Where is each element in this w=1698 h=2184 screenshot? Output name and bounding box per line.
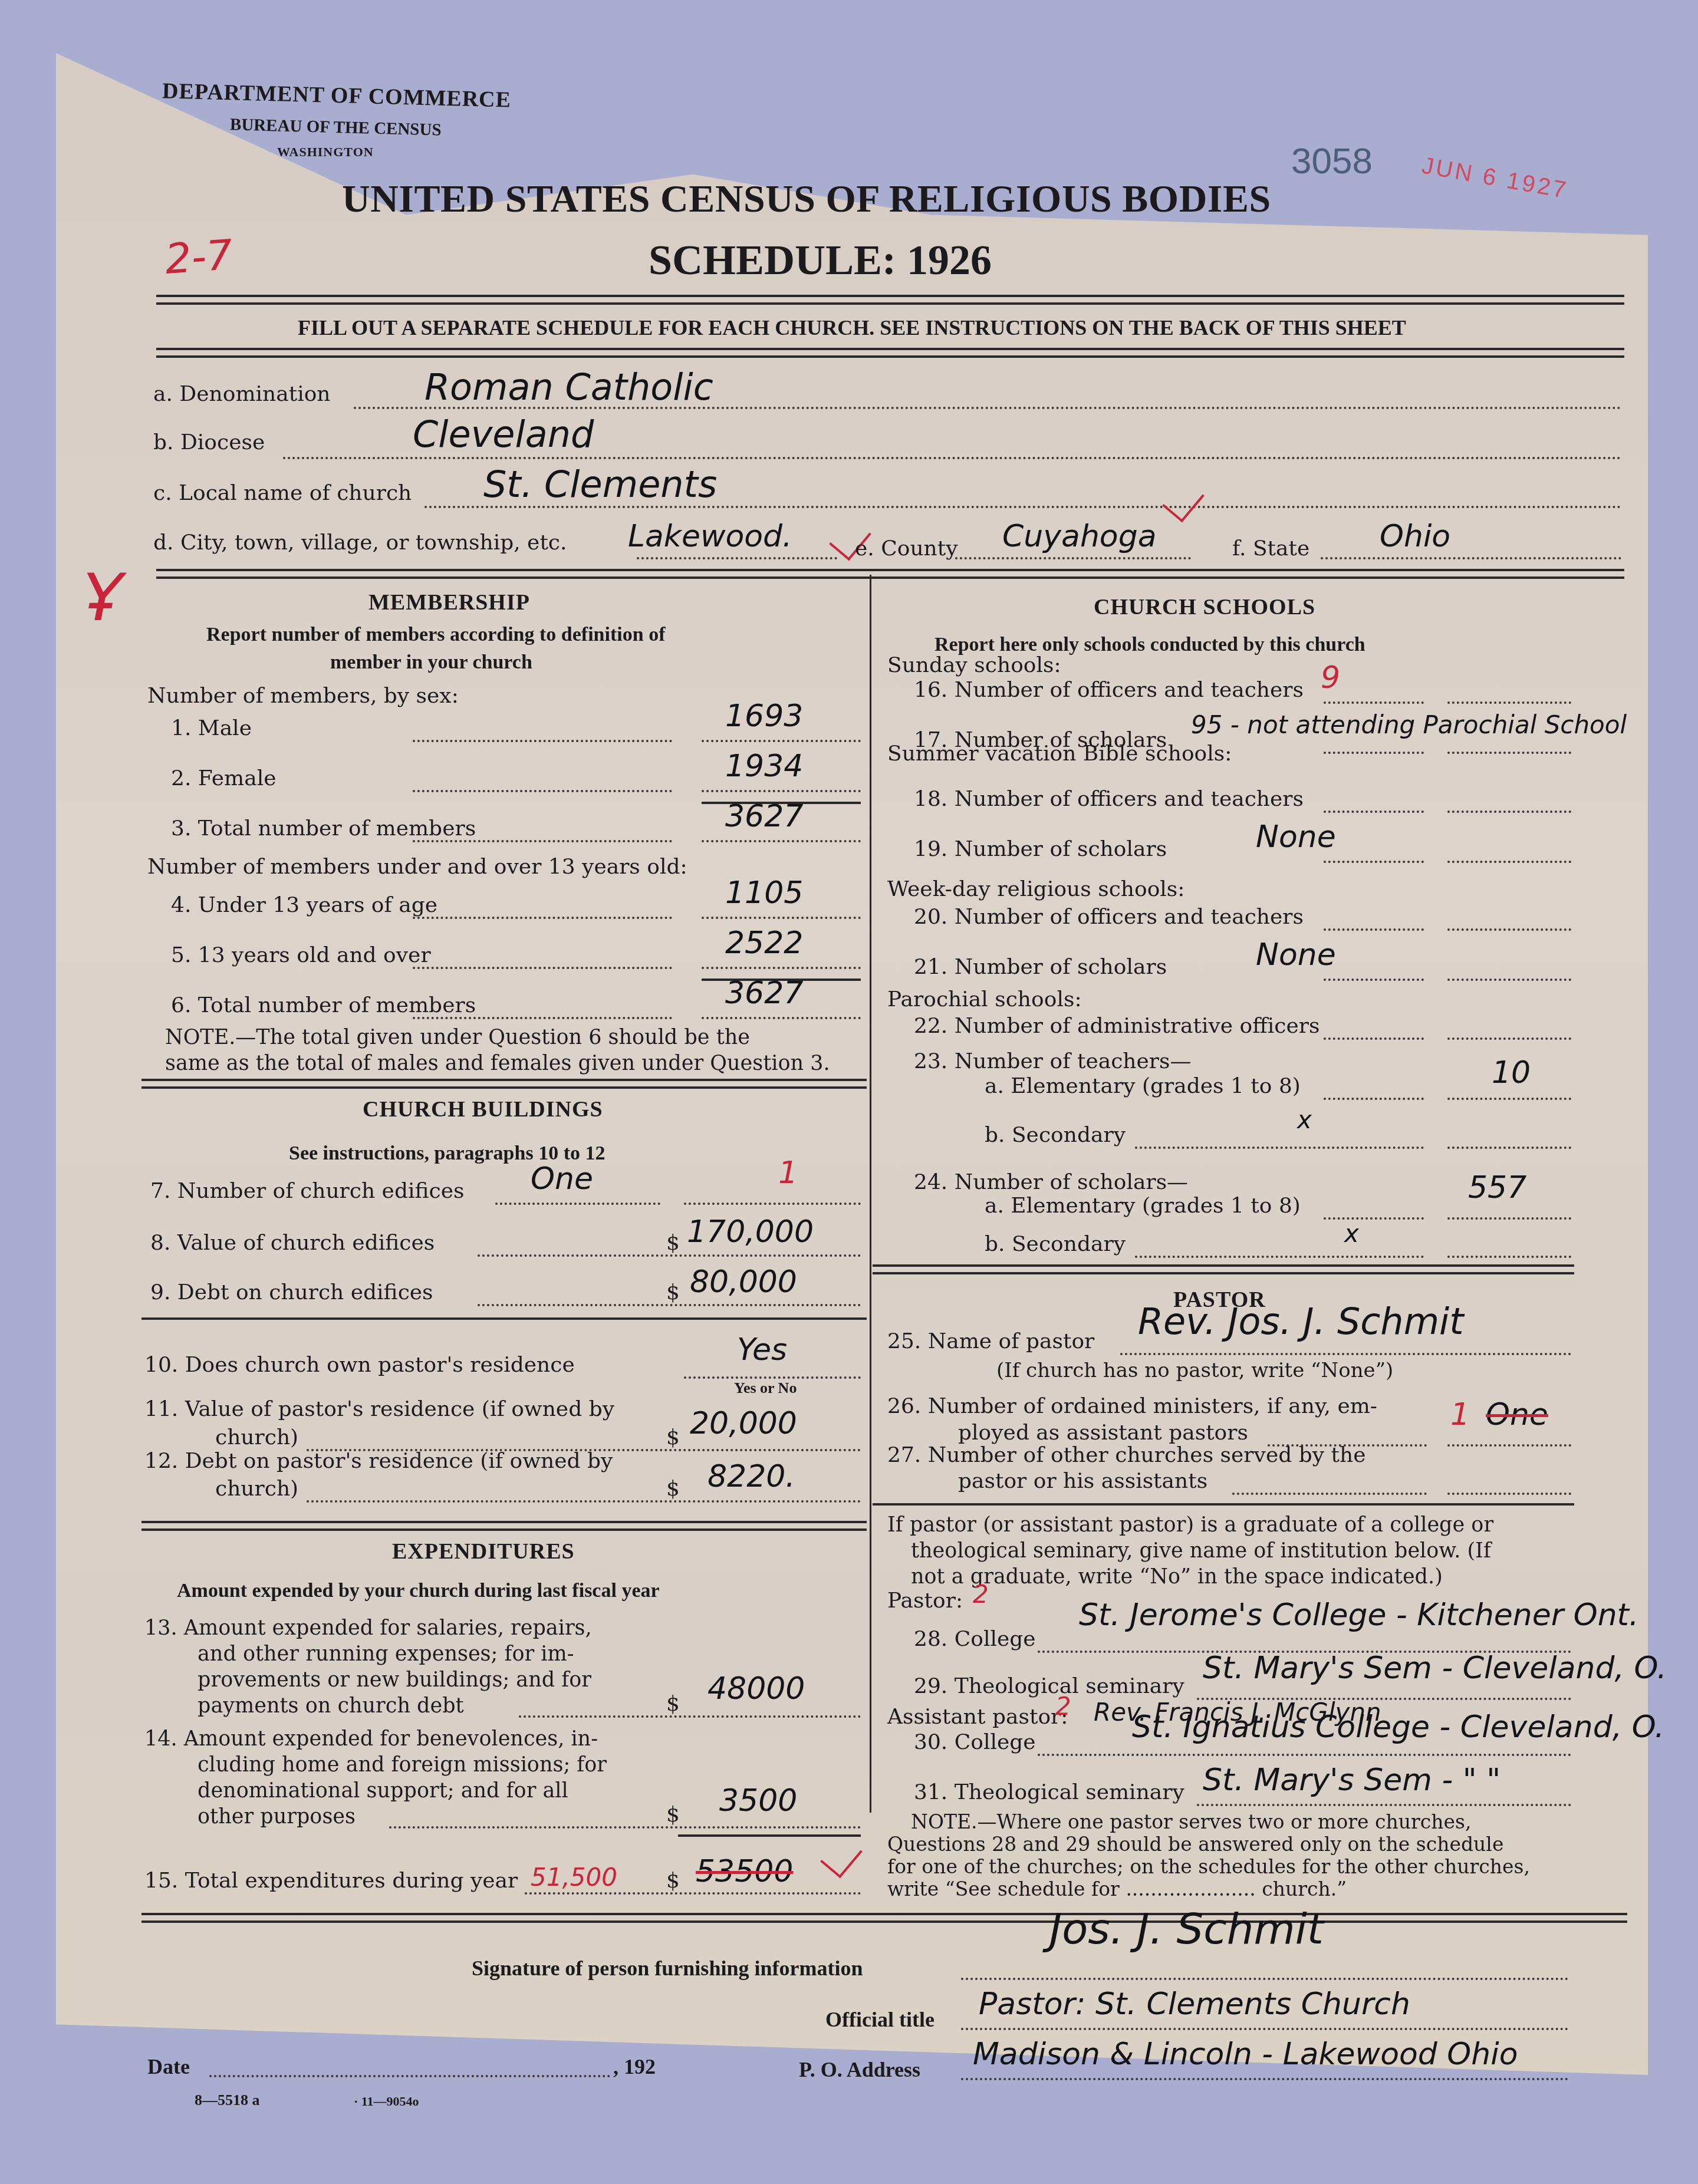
- assistant-grade-mark: 2: [1055, 1692, 1071, 1721]
- sunday-schools-label: Sunday schools:: [887, 653, 1061, 677]
- state-line: [1321, 557, 1621, 559]
- q22-label: 22. Number of administrative officers: [914, 1014, 1319, 1038]
- edifices-label: 7. Number of church edifices: [150, 1179, 464, 1203]
- q29-label: 29. Theological seminary: [914, 1674, 1184, 1698]
- reviewer-margin-mark: 2-7: [163, 230, 234, 284]
- line: [1324, 1098, 1424, 1100]
- debt-edifices-field[interactable]: 80,000: [690, 1264, 797, 1300]
- college-field[interactable]: St. Jerome's College - Kitchener Ont.: [1079, 1597, 1639, 1633]
- line: [413, 917, 672, 919]
- state-label: f. State: [1232, 536, 1309, 561]
- pastor-name-field[interactable]: Rev. Jos. J. Schmit: [1138, 1300, 1464, 1343]
- sum-line: [678, 1834, 861, 1837]
- line: [1447, 928, 1571, 931]
- denomination-label: a. Denomination: [153, 382, 331, 406]
- currency-sign: $: [666, 1425, 680, 1450]
- line: [702, 917, 861, 919]
- line: [961, 2078, 1568, 2080]
- divider: [156, 348, 1624, 358]
- county-line: [955, 557, 1191, 559]
- line: [702, 740, 861, 742]
- line: [1447, 1147, 1571, 1149]
- official-title-label: Official title: [825, 2007, 934, 2032]
- divider: [141, 1521, 867, 1531]
- membership-item-label: 2. Female: [171, 766, 277, 790]
- assistant-pastor-label: Assistant pastor:: [887, 1705, 1068, 1729]
- q19-field[interactable]: None: [1256, 819, 1336, 855]
- q23-label: 23. Number of teachers—: [914, 1049, 1192, 1073]
- parochial-schools-label: Parochial schools:: [887, 987, 1082, 1012]
- q25-hint: (If church has no pastor, write “None”): [996, 1359, 1393, 1382]
- membership-item-field[interactable]: 3627: [725, 799, 803, 834]
- q14-field[interactable]: 3500: [719, 1783, 797, 1819]
- city-label: d. City, town, village, or township, etc…: [153, 531, 567, 555]
- line: [389, 1826, 861, 1829]
- q26-label: 26. Number of ordained ministers, if any…: [887, 1394, 1377, 1418]
- label-line: and other running expenses; for im-: [144, 1641, 675, 1667]
- currency-sign: $: [666, 1280, 680, 1305]
- membership-subheading: member in your church: [330, 651, 532, 674]
- label-line: 13. Amount expended for salaries, repair…: [144, 1615, 675, 1641]
- line: [1447, 1037, 1571, 1040]
- value-residence-label: church): [215, 1425, 298, 1450]
- signature-field[interactable]: Jos. J. Schmit: [1049, 1904, 1324, 1954]
- note-line: Questions 28 and 29 should be answered o…: [887, 1833, 1577, 1856]
- line: [702, 1017, 861, 1019]
- q26-label: ployed as assistant pastors: [958, 1421, 1248, 1445]
- owns-residence-label: 10. Does church own pastor's residence: [144, 1353, 575, 1377]
- divider: [156, 295, 1624, 305]
- debt-residence-field[interactable]: 8220.: [707, 1459, 795, 1494]
- q13-field[interactable]: 48000: [707, 1671, 805, 1707]
- membership-item-field[interactable]: 1934: [725, 749, 803, 784]
- date-field[interactable]: [209, 2075, 610, 2077]
- line: [478, 1304, 861, 1306]
- line: [1447, 861, 1571, 863]
- q26-field[interactable]: One: [1486, 1397, 1548, 1432]
- received-date-stamp: JUN 6 1927: [1420, 153, 1570, 205]
- membership-item-label: 4. Under 13 years of age: [171, 893, 437, 917]
- assistant-college-field[interactable]: St. Ignatius College - Cleveland, O.: [1132, 1709, 1664, 1745]
- church-schools-heading: CHURCH SCHOOLS: [1094, 594, 1315, 620]
- debt-edifices-label: 9. Debt on church edifices: [150, 1280, 433, 1305]
- q24a-field[interactable]: 557: [1468, 1170, 1526, 1205]
- line: [1447, 1098, 1571, 1100]
- q26-reviewer-value: 1: [1450, 1397, 1470, 1432]
- note-line: same as the total of males and females g…: [165, 1050, 861, 1076]
- diocese-field[interactable]: Cleveland: [413, 413, 594, 456]
- form-number-stamp: 3058: [1291, 140, 1373, 182]
- owns-residence-field[interactable]: Yes: [737, 1332, 787, 1368]
- membership-item-label: 3. Total number of members: [171, 816, 476, 841]
- column-divider: [870, 575, 871, 1813]
- membership-item-field[interactable]: 1693: [725, 699, 803, 734]
- divider: [156, 569, 1624, 579]
- line: [684, 1203, 861, 1205]
- print-code: · 11—9054o: [354, 2094, 419, 2109]
- weekday-schools-label: Week-day religious schools:: [887, 877, 1184, 901]
- q13-label: 13. Amount expended for salaries, repair…: [144, 1615, 675, 1719]
- by-age-label: Number of members under and over 13 year…: [147, 855, 687, 879]
- by-sex-label: Number of members, by sex:: [147, 684, 459, 708]
- q28-label: 28. College: [914, 1627, 1036, 1651]
- value-residence-field[interactable]: 20,000: [690, 1406, 797, 1441]
- yes-no-hint: Yes or No: [734, 1379, 797, 1397]
- edifices-field[interactable]: One: [531, 1161, 593, 1197]
- line: [1324, 979, 1424, 981]
- local-name-label: c. Local name of church: [153, 481, 412, 505]
- q15-label: 15. Total expenditures during year: [144, 1869, 518, 1893]
- line: [1447, 1444, 1571, 1447]
- debt-residence-label: 12. Debt on pastor's residence (if owned…: [144, 1449, 613, 1473]
- local-name-field[interactable]: St. Clements: [483, 463, 717, 506]
- membership-item-field[interactable]: 3627: [725, 976, 803, 1011]
- membership-item-field[interactable]: 1105: [725, 875, 803, 911]
- line: [1447, 979, 1571, 981]
- line: [1120, 1353, 1571, 1355]
- note-line: If pastor (or assistant pastor) is a gra…: [887, 1512, 1577, 1538]
- line: [1324, 1037, 1424, 1040]
- q17-field[interactable]: 95 - not attending Parochial School: [1191, 710, 1627, 739]
- diocese-label: b. Diocese: [153, 430, 265, 454]
- membership-item-label: 5. 13 years old and over: [171, 943, 431, 967]
- line: [1447, 752, 1571, 754]
- county-label: e. County: [855, 536, 958, 561]
- q23a-field[interactable]: 10: [1492, 1055, 1531, 1091]
- line: [413, 967, 672, 969]
- multi-church-note: NOTE.—Where one pastor serves two or mor…: [887, 1811, 1577, 1900]
- church-buildings-heading: CHURCH BUILDINGS: [363, 1096, 603, 1122]
- city-line: [637, 557, 837, 559]
- line: [1324, 1217, 1424, 1220]
- line: [702, 967, 861, 969]
- bureau-city: WASHINGTON: [277, 144, 374, 160]
- line: [1447, 1256, 1571, 1258]
- q23b-label: b. Secondary: [985, 1123, 1126, 1147]
- line: [413, 740, 672, 742]
- q23a-label: a. Elementary (grades 1 to 8): [985, 1074, 1301, 1098]
- line: [1232, 1493, 1427, 1495]
- q30-label: 30. College: [914, 1730, 1036, 1754]
- label-line: denominational support; and for all: [144, 1778, 675, 1804]
- q25-label: 25. Name of pastor: [887, 1329, 1094, 1353]
- official-title-field[interactable]: Pastor: St. Clements Church: [979, 1987, 1410, 2022]
- q24-label: 24. Number of scholars—: [914, 1170, 1188, 1194]
- line: [961, 2028, 1568, 2030]
- membership-subheading: Report number of members according to de…: [206, 624, 665, 646]
- membership-item-label: 1. Male: [171, 716, 252, 740]
- department-name: DEPARTMENT OF COMMERCE: [162, 78, 512, 113]
- membership-note: NOTE.—The total given under Question 6 s…: [165, 1025, 861, 1076]
- po-address-field[interactable]: Madison & Lincoln - Lakewood Ohio: [973, 2037, 1518, 2072]
- q21-label: 21. Number of scholars: [914, 955, 1167, 979]
- q20-label: 20. Number of officers and teachers: [914, 905, 1304, 929]
- line: [1324, 928, 1424, 931]
- q16-field[interactable]: 9: [1321, 660, 1340, 696]
- q21-field[interactable]: None: [1256, 937, 1336, 973]
- q27-label: 27. Number of other churches served by t…: [887, 1443, 1365, 1467]
- note-line: for one of the churches; on the schedule…: [887, 1856, 1577, 1878]
- note-line: write “See schedule for ................…: [887, 1878, 1577, 1900]
- date-label: Date: [147, 2054, 190, 2079]
- line: [413, 1017, 672, 1019]
- line: [413, 790, 672, 792]
- q15-reviewer-value: 51,500: [531, 1863, 617, 1892]
- value-edifices-label: 8. Value of church edifices: [150, 1231, 435, 1255]
- q14-label: 14. Amount expended for benevolences, in…: [144, 1726, 675, 1830]
- date-year-prefix: , 192: [613, 2054, 656, 2079]
- schedule-year: SCHEDULE: 1926: [649, 236, 992, 285]
- note-line: not a graduate, write “No” in the space …: [887, 1564, 1577, 1590]
- denomination-field[interactable]: Roman Catholic: [424, 365, 713, 409]
- pastor-label: Pastor:: [887, 1589, 963, 1613]
- line: [307, 1500, 861, 1503]
- label-line: 14. Amount expended for benevolences, in…: [144, 1726, 675, 1752]
- line: [961, 1978, 1568, 1980]
- q24b-label: b. Secondary: [985, 1232, 1126, 1256]
- line: [1447, 701, 1571, 704]
- note-line: theological seminary, give name of insti…: [887, 1538, 1577, 1564]
- q18-label: 18. Number of officers and teachers: [914, 787, 1304, 811]
- expenditures-heading: EXPENDITURES: [392, 1539, 575, 1564]
- q24b-field[interactable]: x: [1344, 1219, 1359, 1248]
- state-field[interactable]: Ohio: [1380, 519, 1450, 554]
- line: [684, 1376, 861, 1379]
- po-address-label: P. O. Address: [799, 2057, 920, 2082]
- line: [1135, 1147, 1424, 1149]
- label-line: provements or new buildings; and for: [144, 1667, 675, 1693]
- line: [1197, 1804, 1571, 1806]
- line: [519, 1715, 861, 1718]
- membership-item-field[interactable]: 2522: [725, 925, 803, 961]
- graduate-note: If pastor (or assistant pastor) is a gra…: [887, 1512, 1577, 1590]
- county-field[interactable]: Cuyahoga: [1002, 519, 1157, 554]
- line: [702, 790, 861, 792]
- q16-label: 16. Number of officers and teachers: [914, 678, 1304, 702]
- expenditures-subheading: Amount expended by your church during la…: [177, 1580, 660, 1602]
- currency-sign: $: [666, 1692, 680, 1716]
- line: [1038, 1754, 1571, 1756]
- line: [702, 840, 861, 842]
- currency-sign: $: [666, 1803, 680, 1827]
- bureau-name: BUREAU OF THE CENSUS: [230, 115, 442, 140]
- edifices-reviewer-value: 1: [778, 1155, 798, 1191]
- reviewer-initial-mark: Ұ: [83, 560, 122, 635]
- line: [1324, 861, 1424, 863]
- q27-label: pastor or his assistants: [958, 1469, 1207, 1493]
- label-line: cluding home and foreign missions; for: [144, 1752, 675, 1778]
- q19-label: 19. Number of scholars: [914, 837, 1167, 861]
- note-line: NOTE.—The total given under Question 6 s…: [165, 1025, 861, 1050]
- divider: [873, 1503, 1574, 1506]
- value-residence-label: 11. Value of pastor's residence (if owne…: [144, 1397, 614, 1421]
- line: [1447, 811, 1571, 813]
- membership-heading: MEMBERSHIP: [368, 589, 530, 615]
- membership-item-label: 6. Total number of members: [171, 993, 476, 1017]
- local-name-line: [424, 506, 1621, 508]
- assistant-seminary-field[interactable]: St. Mary's Sem - " ": [1203, 1763, 1500, 1798]
- summer-schools-label: Summer vacation Bible schools:: [887, 742, 1232, 766]
- line: [478, 1254, 861, 1257]
- divider: [873, 1264, 1574, 1274]
- value-edifices-field[interactable]: 170,000: [687, 1214, 814, 1250]
- city-field[interactable]: Lakewood.: [628, 519, 792, 554]
- currency-sign: $: [666, 1869, 680, 1893]
- line: [1324, 752, 1424, 754]
- line: [1135, 1256, 1424, 1258]
- line: [1324, 811, 1424, 813]
- signature-label: Signature of person furnishing informati…: [472, 1956, 863, 1981]
- currency-sign: $: [666, 1477, 680, 1501]
- line: [1447, 1493, 1571, 1495]
- line: [1447, 1217, 1571, 1220]
- q24a-label: a. Elementary (grades 1 to 8): [985, 1194, 1301, 1218]
- seminary-field[interactable]: St. Mary's Sem - Cleveland, O.: [1203, 1651, 1667, 1686]
- q31-label: 31. Theological seminary: [914, 1780, 1184, 1804]
- line: [525, 1892, 861, 1895]
- divider: [141, 1317, 867, 1320]
- note-line: NOTE.—Where one pastor serves two or mor…: [887, 1811, 1577, 1833]
- pastor-grade-mark: 2: [973, 1580, 989, 1609]
- line: [1324, 701, 1424, 704]
- divider: [141, 1913, 1627, 1923]
- fill-out-instruction: FILL OUT A SEPARATE SCHEDULE FOR EACH CH…: [298, 315, 1406, 340]
- form-code: 8—5518 a: [195, 2091, 260, 2109]
- q15-field[interactable]: 53500: [696, 1854, 793, 1889]
- line: [413, 840, 672, 842]
- currency-sign: $: [666, 1231, 680, 1255]
- diocese-line: [283, 457, 1621, 459]
- divider: [141, 1079, 867, 1089]
- form-title: UNITED STATES CENSUS OF RELIGIOUS BODIES: [342, 177, 1271, 222]
- debt-residence-label: church): [215, 1477, 298, 1501]
- q23b-field[interactable]: x: [1297, 1105, 1312, 1134]
- line: [495, 1203, 660, 1205]
